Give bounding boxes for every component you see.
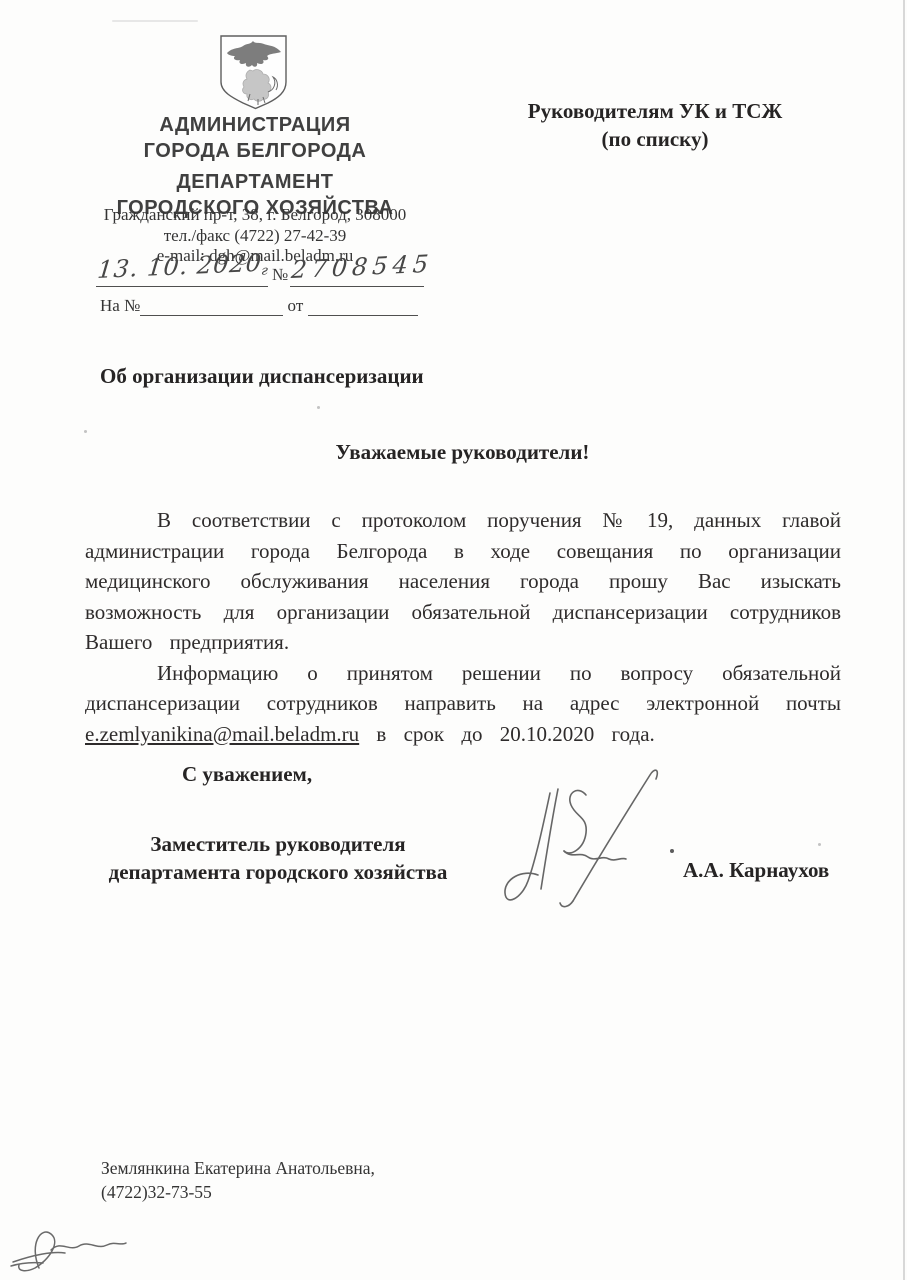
belgorod-coat-of-arms-icon	[217, 33, 290, 111]
body-paragraph-1: В соответствии с протоколом поручения № …	[85, 505, 841, 658]
executor-contact: Землянкина Екатерина Анатольевна, (4722)…	[101, 1156, 375, 1204]
ref-label: На №	[100, 296, 140, 315]
scan-smudge	[112, 20, 198, 22]
paragraph2-text-before: Информацию о принятом решении по вопросу…	[85, 661, 841, 716]
signer-title: Заместитель руководителя департамента го…	[100, 831, 456, 886]
year-suffix: г	[261, 263, 269, 278]
closing-regards: С уважением,	[182, 762, 312, 787]
reference-row: На № от	[100, 293, 460, 319]
ref-number-blank	[140, 293, 283, 316]
number-blank: 2708545	[290, 256, 424, 287]
handwritten-signature	[498, 755, 688, 925]
date-blank: 13. 10. 2020г	[96, 256, 268, 287]
handwritten-initials	[5, 1222, 150, 1278]
handwritten-number: 2708545	[290, 250, 434, 284]
email-link[interactable]: e.zemlyanikina@mail.beladm.ru	[85, 722, 359, 746]
body-paragraph-2: Информацию о принятом решении по вопросу…	[85, 658, 841, 750]
dept-name-line1: ДЕПАРТАМЕНТ	[55, 169, 455, 195]
ref-date-blank	[308, 293, 418, 316]
recipient-line1: Руководителям УК и ТСЖ	[505, 97, 805, 125]
paragraph2-text-after: в срок до 20.10.2020 года.	[359, 722, 655, 746]
date-number-row: 13. 10. 2020г№2708545	[96, 256, 436, 290]
recipient-block: Руководителям УК и ТСЖ (по списку)	[505, 97, 805, 153]
subject-line: Об организации диспансеризации	[100, 364, 424, 389]
salutation: Уважаемые руководители!	[85, 440, 840, 465]
number-sign: №	[272, 265, 288, 285]
org-name-line2: ГОРОДА БЕЛГОРОДА	[55, 138, 455, 164]
letterhead-address: Гражданский пр-т, 38, г. Белгород, 30800…	[55, 205, 455, 226]
recipient-line2: (по списку)	[505, 125, 805, 153]
handwritten-date: 13. 10. 2020г	[96, 248, 270, 286]
scan-speck	[317, 406, 320, 409]
scanned-letter-page: { "page": { "background": "#fdfdfc", "in…	[0, 0, 907, 1280]
org-name-line1: АДМИНИСТРАЦИЯ	[55, 112, 455, 138]
signer-name: А.А. Карнаухов	[683, 858, 829, 883]
ref-from-label: от	[288, 296, 304, 315]
scan-speck	[84, 430, 87, 433]
signer-title-line2: департамента городского хозяйства	[100, 859, 456, 887]
scan-speck	[818, 843, 821, 846]
executor-phone: (4722)32-73-55	[101, 1180, 375, 1204]
signer-title-line1: Заместитель руководителя	[100, 831, 456, 859]
letter-body: В соответствии с протоколом поручения № …	[85, 505, 841, 749]
letterhead-phone: тел./факс (4722) 27-42-39	[55, 226, 455, 247]
scan-edge-line	[903, 0, 905, 1280]
executor-name: Землянкина Екатерина Анатольевна,	[101, 1156, 375, 1180]
